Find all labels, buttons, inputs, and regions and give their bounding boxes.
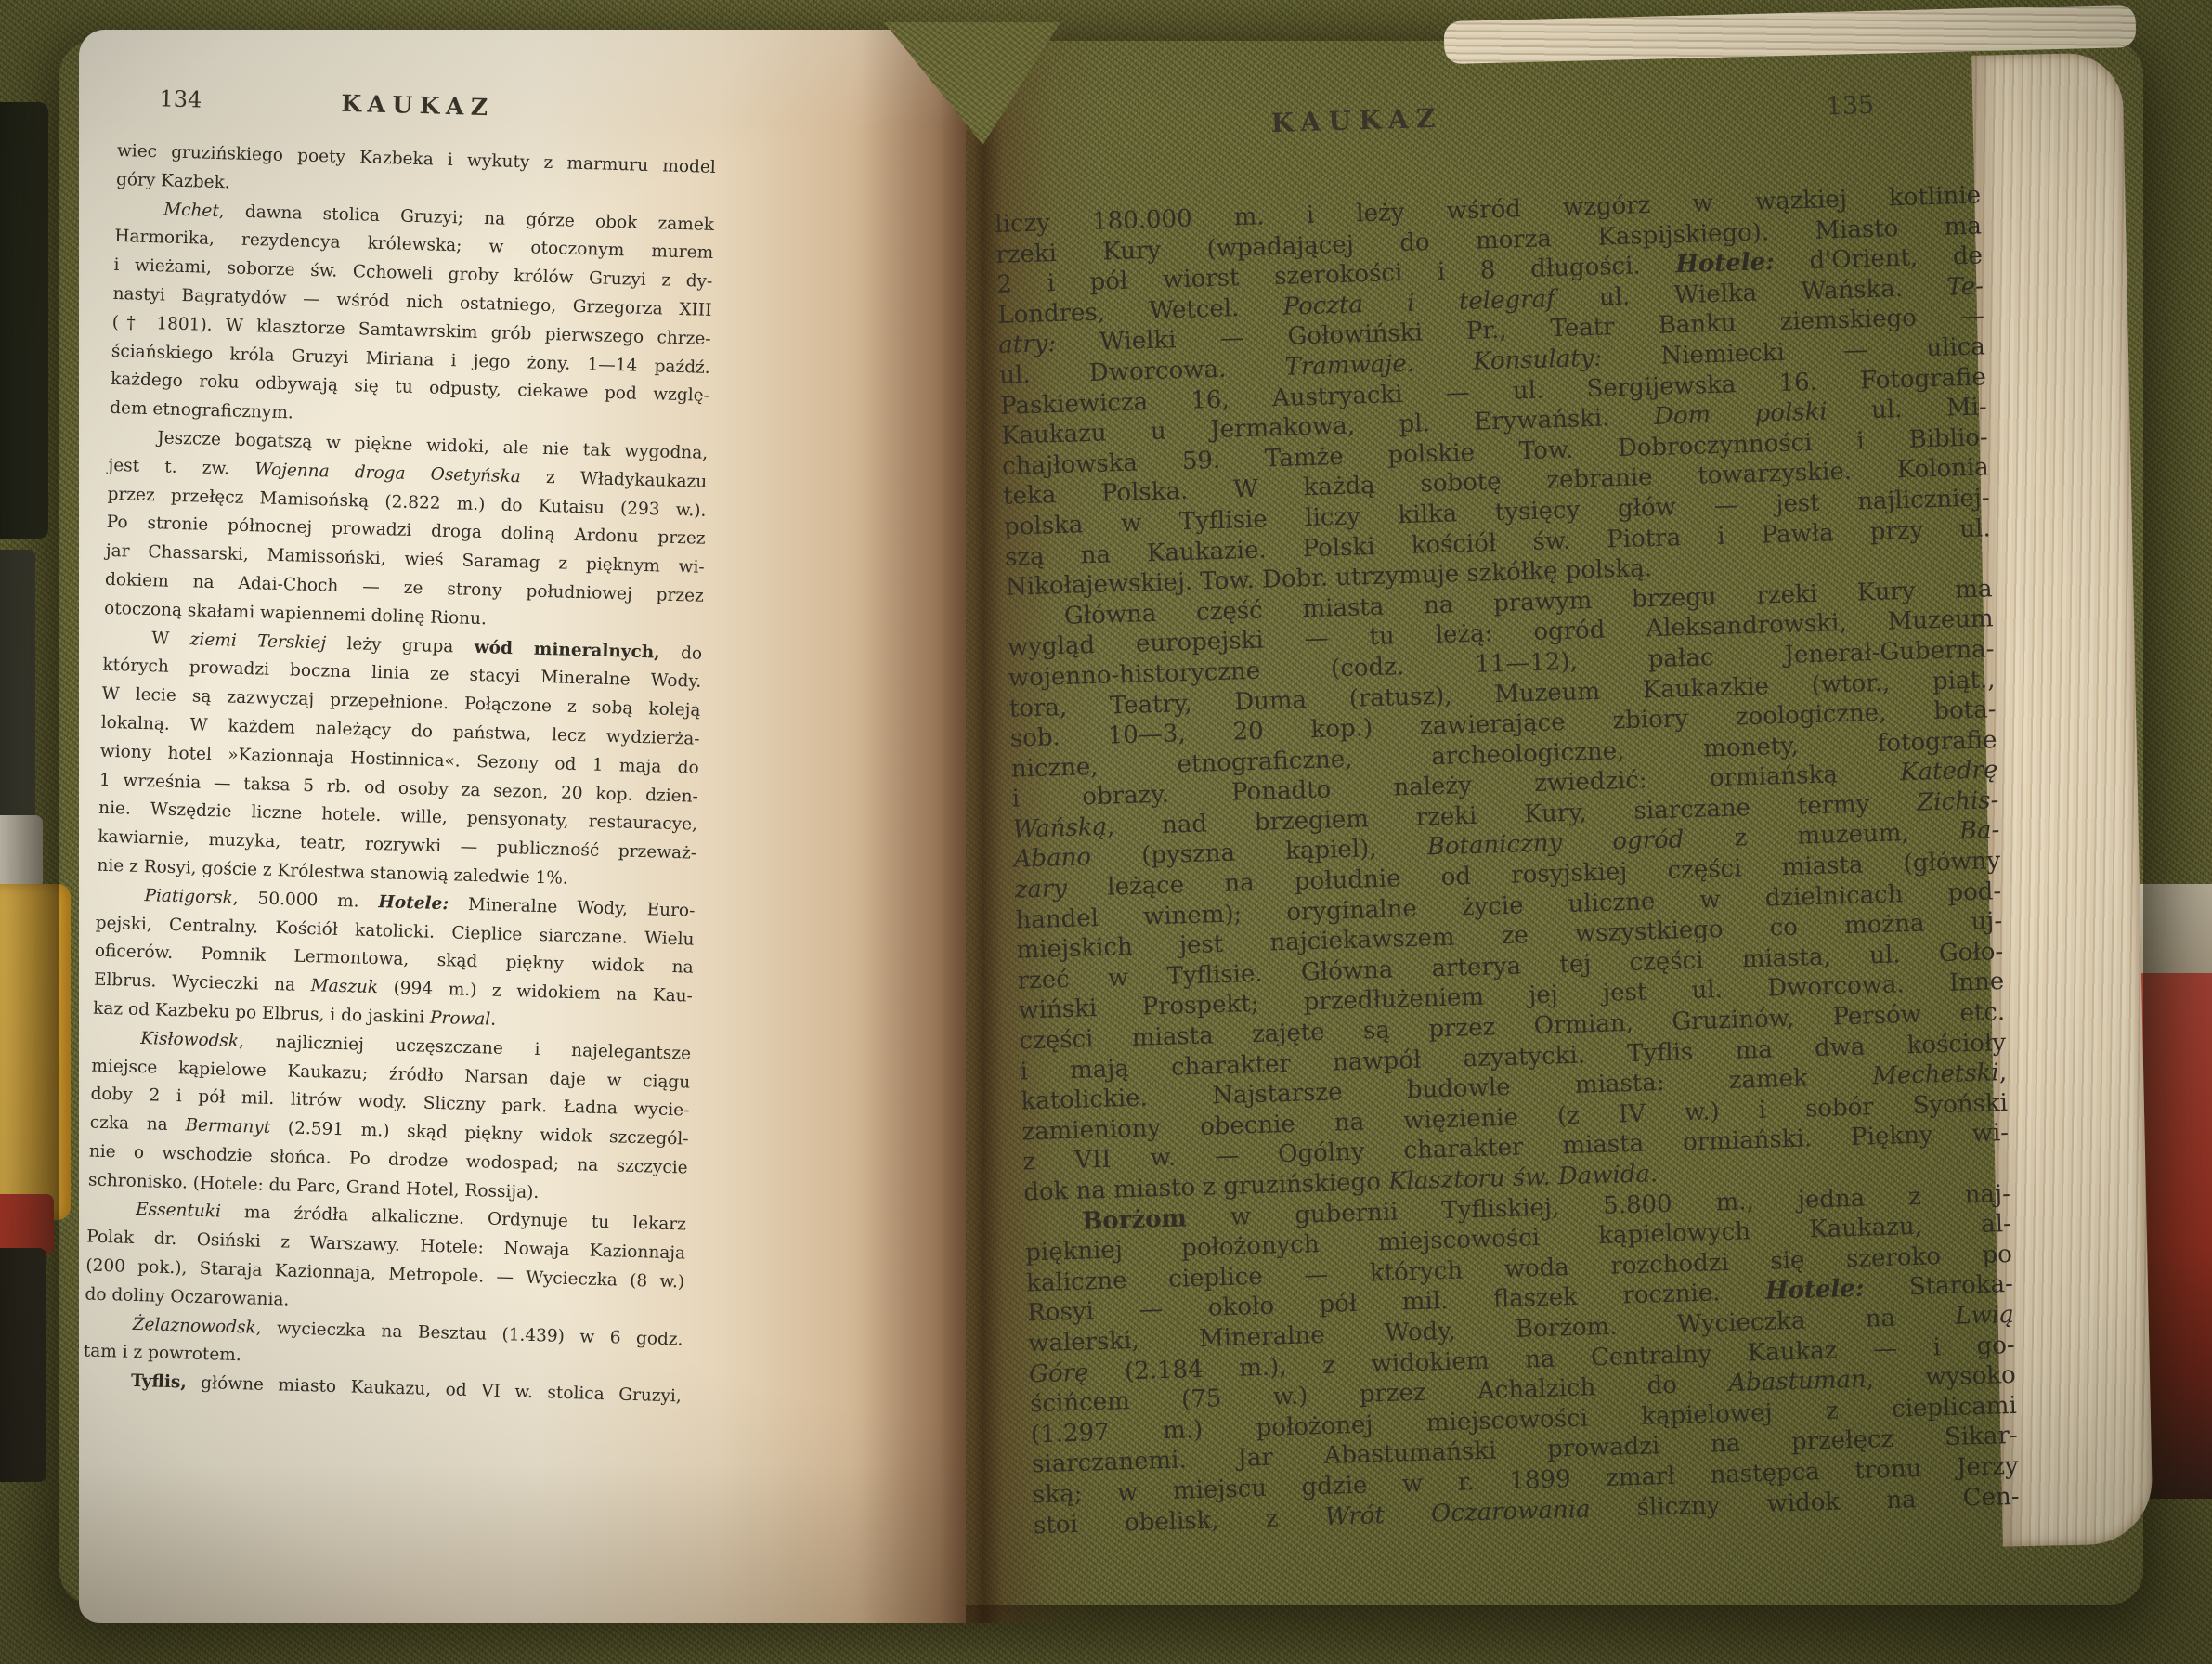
text-run: Essentuki: [136, 1200, 221, 1222]
neighbor-book-spine-grey: [0, 550, 35, 825]
text-run: Prowal: [430, 1008, 491, 1030]
running-head-left: KAUKAZ: [341, 90, 495, 123]
text-run: .: [1650, 1160, 1659, 1188]
text-run: Staroka-: [1864, 1270, 2013, 1303]
text-run: zary: [1014, 875, 1067, 904]
text-run: ziemi Terskiej: [189, 630, 326, 653]
text-run: Ba-: [1958, 817, 1999, 846]
text-run: wód mineralnych,: [474, 637, 660, 662]
text-run: kaz od Kazbeku po Elbrus, i do jaskini: [93, 999, 430, 1028]
text-run: z Władykaukazu: [521, 467, 708, 492]
running-head-right: KAUKAZ: [1270, 104, 1443, 139]
text-run: Wrót Oczarowania: [1324, 1495, 1591, 1530]
neighbor-book-page-edge-pale: [2134, 884, 2212, 984]
text-run: Katedrę: [1900, 756, 1998, 786]
text-run: Hotele:: [1675, 248, 1775, 279]
text-run: W: [151, 629, 190, 649]
text-run: Te-: [1946, 272, 1984, 301]
text-run: .: [490, 1009, 496, 1029]
page-number-right: 135: [1826, 91, 1874, 123]
text-run: Mchet: [163, 200, 219, 221]
text-run: Kisłowodsk: [140, 1029, 239, 1051]
text-run: Dom polski: [1654, 398, 1828, 432]
text-run: góry Kazbek.: [116, 170, 230, 192]
page-left-body-text: wiec gruzińskiego poety Kazbeka i wykuty…: [83, 137, 717, 1412]
neighbor-book-spine-red: [0, 1194, 54, 1254]
text-run: Górę: [1029, 1358, 1089, 1388]
neighbor-book-spine-dark-top: [0, 102, 48, 539]
text-run: Bermanyt: [185, 1116, 270, 1138]
text-run: Zichis-: [1917, 786, 1999, 817]
text-run: czka na: [89, 1113, 185, 1136]
text-run: Piatigorsk: [144, 886, 233, 908]
text-run: do: [659, 643, 702, 663]
page-right-content: KAUKAZ 135 liczy 180.000 m. i leży wśród…: [992, 87, 2020, 1540]
text-run: Abastuman: [1728, 1366, 1867, 1397]
book-photo-scene: 134 KAUKAZ wiec gruzińskiego poety Kazbe…: [0, 0, 2212, 1664]
text-run: d'Orient, de: [1774, 242, 1983, 277]
text-run: jest t. zw.: [108, 456, 254, 479]
text-run: atry:: [998, 330, 1057, 359]
text-run: Tyflis,: [131, 1371, 187, 1393]
text-run: Mineralne Wody, Euro-: [449, 894, 696, 920]
page-right-body-text: liczy 180.000 m. i leży wśród wzgórz w w…: [995, 180, 2020, 1540]
text-run: Hotele:: [1765, 1275, 1865, 1306]
neighbor-book-spine-dark-bottom: [0, 1248, 46, 1482]
text-run: leży grupa: [326, 633, 475, 656]
text-run: , wysoko: [1866, 1361, 2016, 1394]
text-run: Maszuk: [310, 976, 378, 997]
text-run: Elbrus. Wycieczki na: [94, 970, 311, 996]
text-run: Żelaznowodsk: [132, 1315, 256, 1338]
text-run: Lwią: [1955, 1301, 2014, 1331]
text-run: dem etnograficznym.: [110, 398, 293, 423]
text-run: , 50.000 m.: [233, 888, 379, 911]
text-run: Mechetski: [1872, 1059, 1999, 1090]
text-run: ,: [1998, 1059, 2007, 1086]
text-run: tam i z powrotem.: [84, 1342, 241, 1366]
page-left-content: 134 KAUKAZ wiec gruzińskiego poety Kazbe…: [83, 84, 718, 1412]
text-run: Wojenna droga Osetyńska: [254, 460, 521, 487]
text-run: Hotele:: [378, 892, 449, 914]
text-run: (994 m.) z widokiem na Kau-: [378, 978, 693, 1006]
text-run: ul. Mi-: [1827, 394, 1987, 426]
text-run: do doliny Oczarowania.: [85, 1284, 289, 1309]
text-run: Borżom: [1082, 1204, 1187, 1235]
text-run: Abano: [1013, 844, 1091, 874]
text-run: Wańską: [1012, 813, 1107, 844]
page-number-left: 134: [159, 84, 202, 114]
